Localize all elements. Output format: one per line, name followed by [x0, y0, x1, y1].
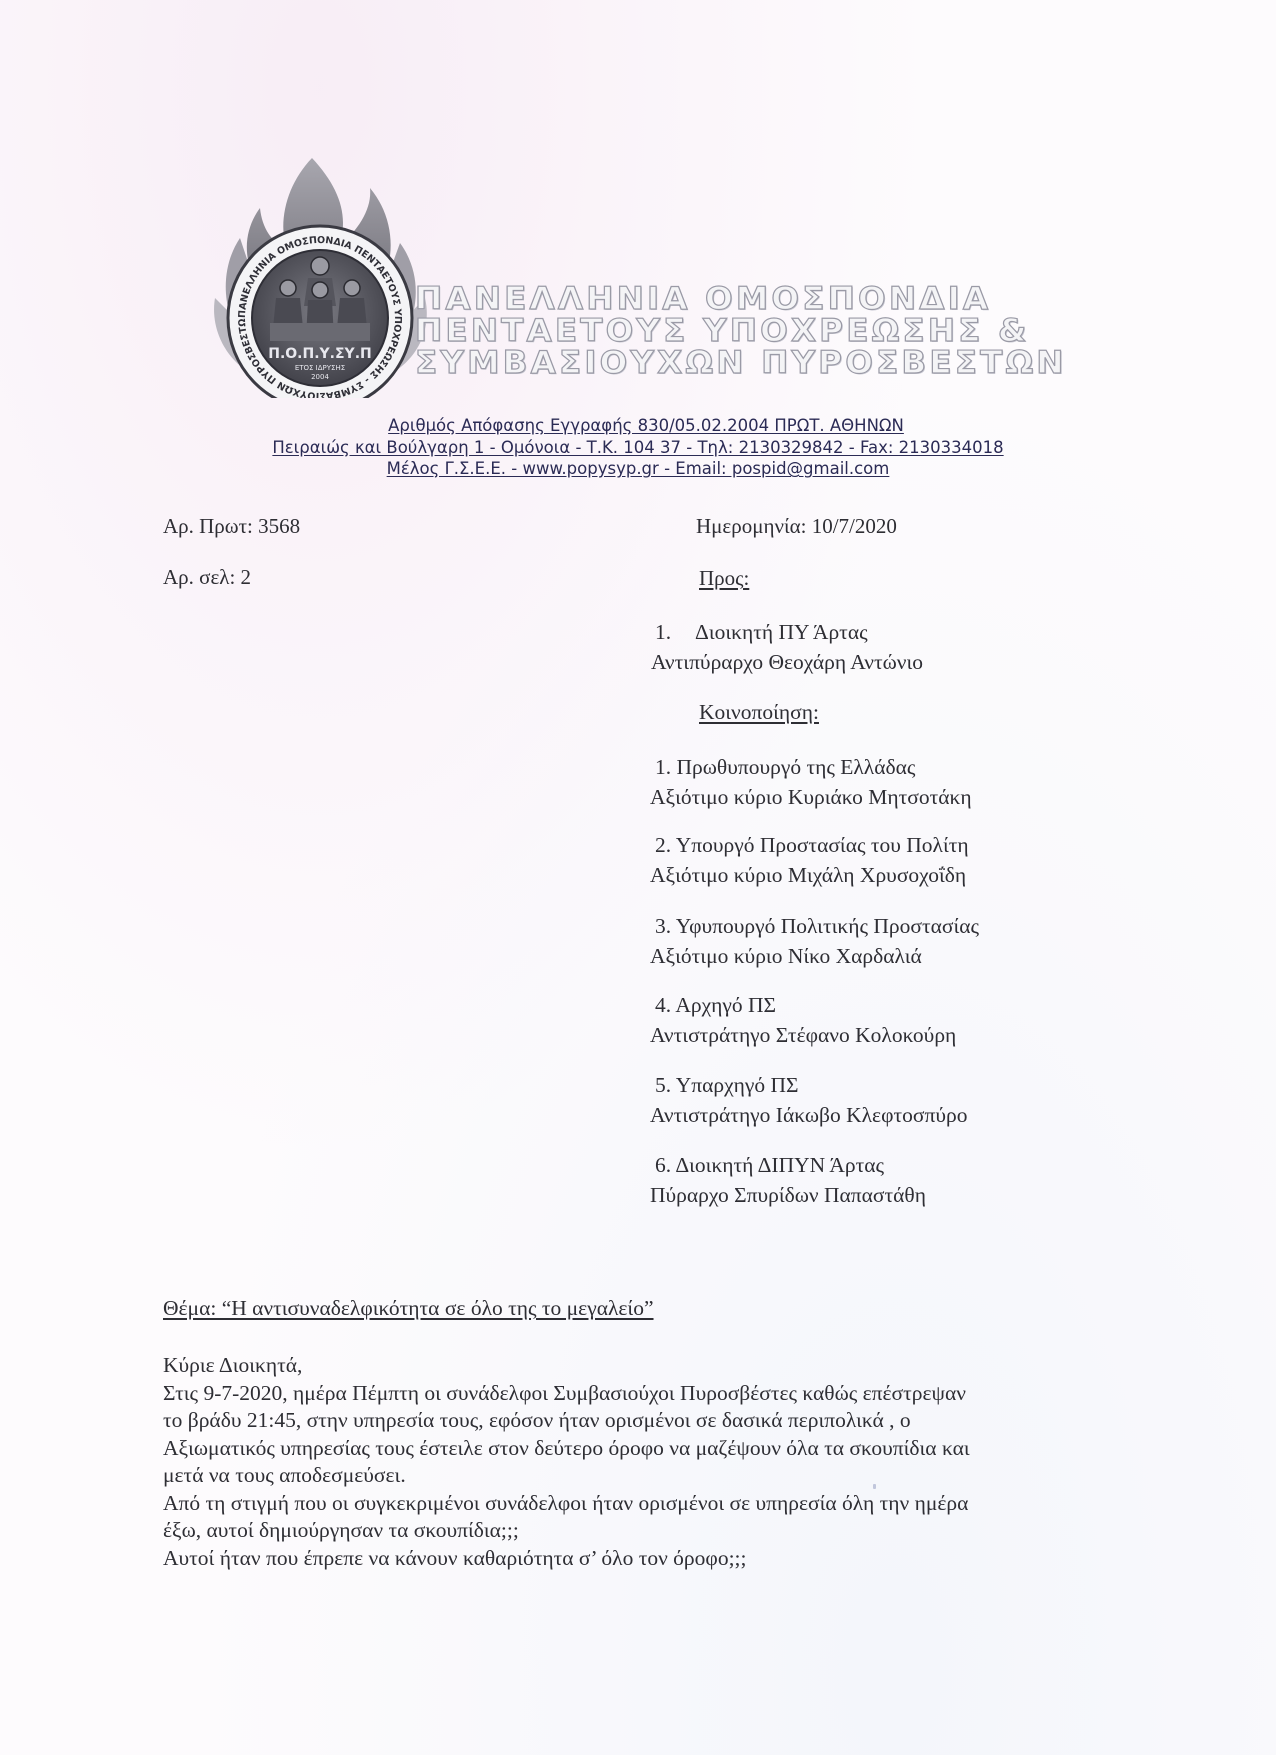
salutation: Κύριε Διοικητά, [163, 1352, 1163, 1380]
body-line: Αξιωματικός υπηρεσίας τους έστειλε στον … [163, 1435, 1163, 1463]
recipient-number: 1. [655, 617, 695, 647]
svg-text:ΕΤΟΣ ΙΔΡΥΣΗΣ: ΕΤΟΣ ΙΔΡΥΣΗΣ [295, 364, 345, 372]
body-line: το βράδυ 21:45, στην υπηρεσία τους, εφόσ… [163, 1407, 1163, 1435]
cc-recipient-name: Αξιότιμο κύριο Μιχάλη Χρυσοχοΐδη [650, 860, 969, 890]
cc-recipient-title: 2. Υπουργό Προστασίας του Πολίτη [650, 830, 969, 860]
address-line: Πειραιώς και Βούλγαρη 1 - Ομόνοια - Τ.Κ.… [272, 438, 1003, 457]
body-line: μετά να τους αποδεσμεύσει. [163, 1462, 1163, 1490]
contact-line[interactable]: Μέλος Γ.Σ.Ε.Ε. - www.popysyp.gr - Email:… [387, 459, 890, 478]
body-line: Από τη στιγμή που οι συγκεκριμένοι συνάδ… [163, 1490, 1163, 1518]
cc-label: Κοινοποίηση: [699, 700, 819, 725]
registration-block: Αριθμός Απόφασης Εγγραφής 830/05.02.2004… [0, 415, 1276, 480]
primary-recipient: 1.Διοικητή ΠΥ Άρτας Αντιπύραρχο Θεοχάρη … [655, 617, 923, 677]
page-count: Αρ. σελ: 2 [163, 565, 251, 590]
cc-recipient-title: 4. Αρχηγό ΠΣ [650, 990, 956, 1020]
cc-recipient-name: Αντιστράτηγο Στέφανο Κολοκούρη [650, 1020, 956, 1050]
registration-line: Αριθμός Απόφασης Εγγραφής 830/05.02.2004… [388, 416, 904, 435]
document-date: Ημερομηνία: 10/7/2020 [696, 514, 897, 539]
recipient-name: Αντιπύραρχο Θεοχάρη Αντώνιο [651, 647, 923, 677]
scan-artifact [873, 1484, 876, 1489]
svg-text:2004: 2004 [311, 373, 329, 381]
subject-line: Θέμα: “Η αντισυναδελφικότητα σε όλο της … [163, 1296, 654, 1321]
org-name-line: ΠΑΝΕΛΛΗΝΙΑ ΟΜΟΣΠΟΝΔΙΑ [415, 282, 1045, 316]
cc-recipient: 2. Υπουργό Προστασίας του Πολίτη Αξιότιμ… [650, 830, 969, 890]
body-line: Αυτοί ήταν που έπρεπε να κάνουν καθαριότ… [163, 1545, 1163, 1573]
letter-body: Κύριε Διοικητά, Στις 9-7-2020, ημέρα Πέμ… [163, 1352, 1163, 1572]
org-name-line: ΣΥΜΒΑΣΙΟΥΧΩΝ ΠΥΡΟΣΒΕΣΤΩΝ [415, 346, 1045, 380]
body-line: Στις 9-7-2020, ημέρα Πέμπτη οι συνάδελφο… [163, 1380, 1163, 1408]
cc-recipient: 4. Αρχηγό ΠΣ Αντιστράτηγο Στέφανο Κολοκο… [650, 990, 956, 1050]
union-seal-flame-icon: ΠΑΝΕΛΛΗΝΙΑ ΟΜΟΣΠΟΝΔΙΑ ΠΕΝΤΑΕΤΟΥΣ ΥΠΟΧΡΕΩ… [200, 148, 440, 398]
svg-text:Π.Ο.Π.Υ.ΣΥ.Π: Π.Ο.Π.Υ.ΣΥ.Π [268, 346, 371, 362]
cc-recipient: 3. Υφυπουργό Πολιτικής Προστασίας Αξιότι… [650, 911, 979, 971]
recipient-title: Διοικητή ΠΥ Άρτας [695, 620, 868, 644]
cc-recipient-name: Αξιότιμο κύριο Νίκο Χαρδαλιά [650, 941, 979, 971]
union-seal-logo: ΠΑΝΕΛΛΗΝΙΑ ΟΜΟΣΠΟΝΔΙΑ ΠΕΝΤΑΕΤΟΥΣ ΥΠΟΧΡΕΩ… [200, 148, 440, 398]
cc-recipient-title: 1. Πρωθυπουργό της Ελλάδας [650, 752, 972, 782]
cc-recipient-name: Πύραρχο Σπυρίδων Παπαστάθη [650, 1180, 926, 1210]
cc-recipient-name: Αξιότιμο κύριο Κυριάκο Μητσοτάκη [650, 782, 972, 812]
cc-recipient: 1. Πρωθυπουργό της Ελλάδας Αξιότιμο κύρι… [650, 752, 972, 812]
organization-name: ΠΑΝΕΛΛΗΝΙΑ ΟΜΟΣΠΟΝΔΙΑ ΠΕΝΤΑΕΤΟΥΣ ΥΠΟΧΡΕΩ… [415, 282, 1015, 380]
cc-recipient-title: 6. Διοικητή ΔΙΠΥΝ Άρτας [650, 1150, 926, 1180]
org-name-line: ΠΕΝΤΑΕΤΟΥΣ ΥΠΟΧΡΕΩΣΗΣ & [415, 314, 1045, 348]
cc-recipient-name: Αντιστράτηγο Ιάκωβο Κλεφτοσπύρο [650, 1100, 967, 1130]
cc-recipient: 5. Υπαρχηγό ΠΣ Αντιστράτηγο Ιάκωβο Κλεφτ… [650, 1070, 967, 1130]
cc-recipient-title: 5. Υπαρχηγό ΠΣ [650, 1070, 967, 1100]
cc-recipient: 6. Διοικητή ΔΙΠΥΝ Άρτας Πύραρχο Σπυρίδων… [650, 1150, 926, 1210]
cc-recipient-title: 3. Υφυπουργό Πολιτικής Προστασίας [650, 911, 979, 941]
body-line: έξω, αυτοί δημιούργησαν τα σκουπίδια;;; [163, 1517, 1163, 1545]
to-label: Προς: [699, 566, 749, 591]
protocol-number: Αρ. Πρωτ: 3568 [163, 514, 300, 539]
